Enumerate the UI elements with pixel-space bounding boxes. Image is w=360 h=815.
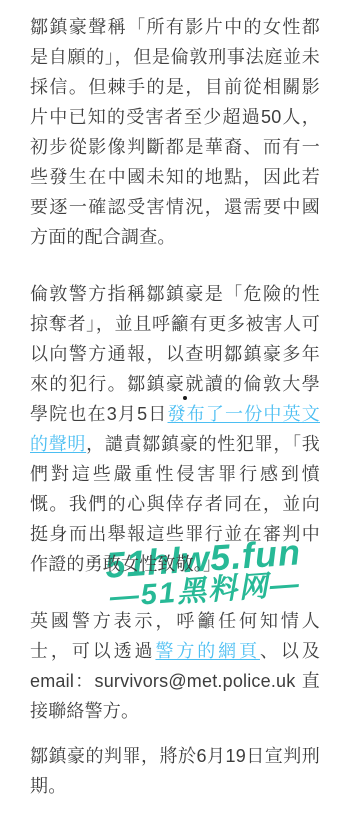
paragraph: 倫敦警方指稱鄒鎮豪是「危險的性掠奪者」，並且呼籲有更多被害人可以向警方通報，以查… — [30, 279, 320, 579]
text-run: 鄒鎮豪的判罪，將於6月19日宣判刑期。 — [30, 746, 320, 796]
paragraph: 鄒鎮豪聲稱「所有影片中的女性都是自願的」，但是倫敦刑事法庭並未採信。但棘手的是，… — [30, 12, 320, 252]
text-run: 倫敦警方指稱鄒鎮豪是「危險的性掠奪者」，並且呼籲有更多被害人可以向警方通報，以查… — [30, 284, 320, 424]
article-screen: 51hlw5.fun —51黑料网— 鄒鎮豪聲稱「所有影片中的女性都是自願的」，… — [0, 0, 360, 815]
text-run: 鄒鎮豪聲稱「所有影片中的女性都是自願的」，但是倫敦刑事法庭並未採信。但棘手的是，… — [30, 17, 320, 247]
police-webpage-link[interactable]: 警方的網頁 — [155, 641, 260, 661]
text-run: ，譴責鄒鎮豪的性犯罪，「我們對這些嚴重性侵害罪行感到憤慨。我們的心與倖存者同在，… — [30, 434, 320, 574]
paragraph: 英國警方表示，呼籲任何知情人士，可以透過警方的網頁、以及email：surviv… — [30, 606, 320, 726]
speck-artifact — [183, 396, 187, 400]
article-body: 鄒鎮豪聲稱「所有影片中的女性都是自願的」，但是倫敦刑事法庭並未採信。但棘手的是，… — [0, 0, 360, 801]
paragraph: 鄒鎮豪的判罪，將於6月19日宣判刑期。 — [30, 741, 320, 801]
